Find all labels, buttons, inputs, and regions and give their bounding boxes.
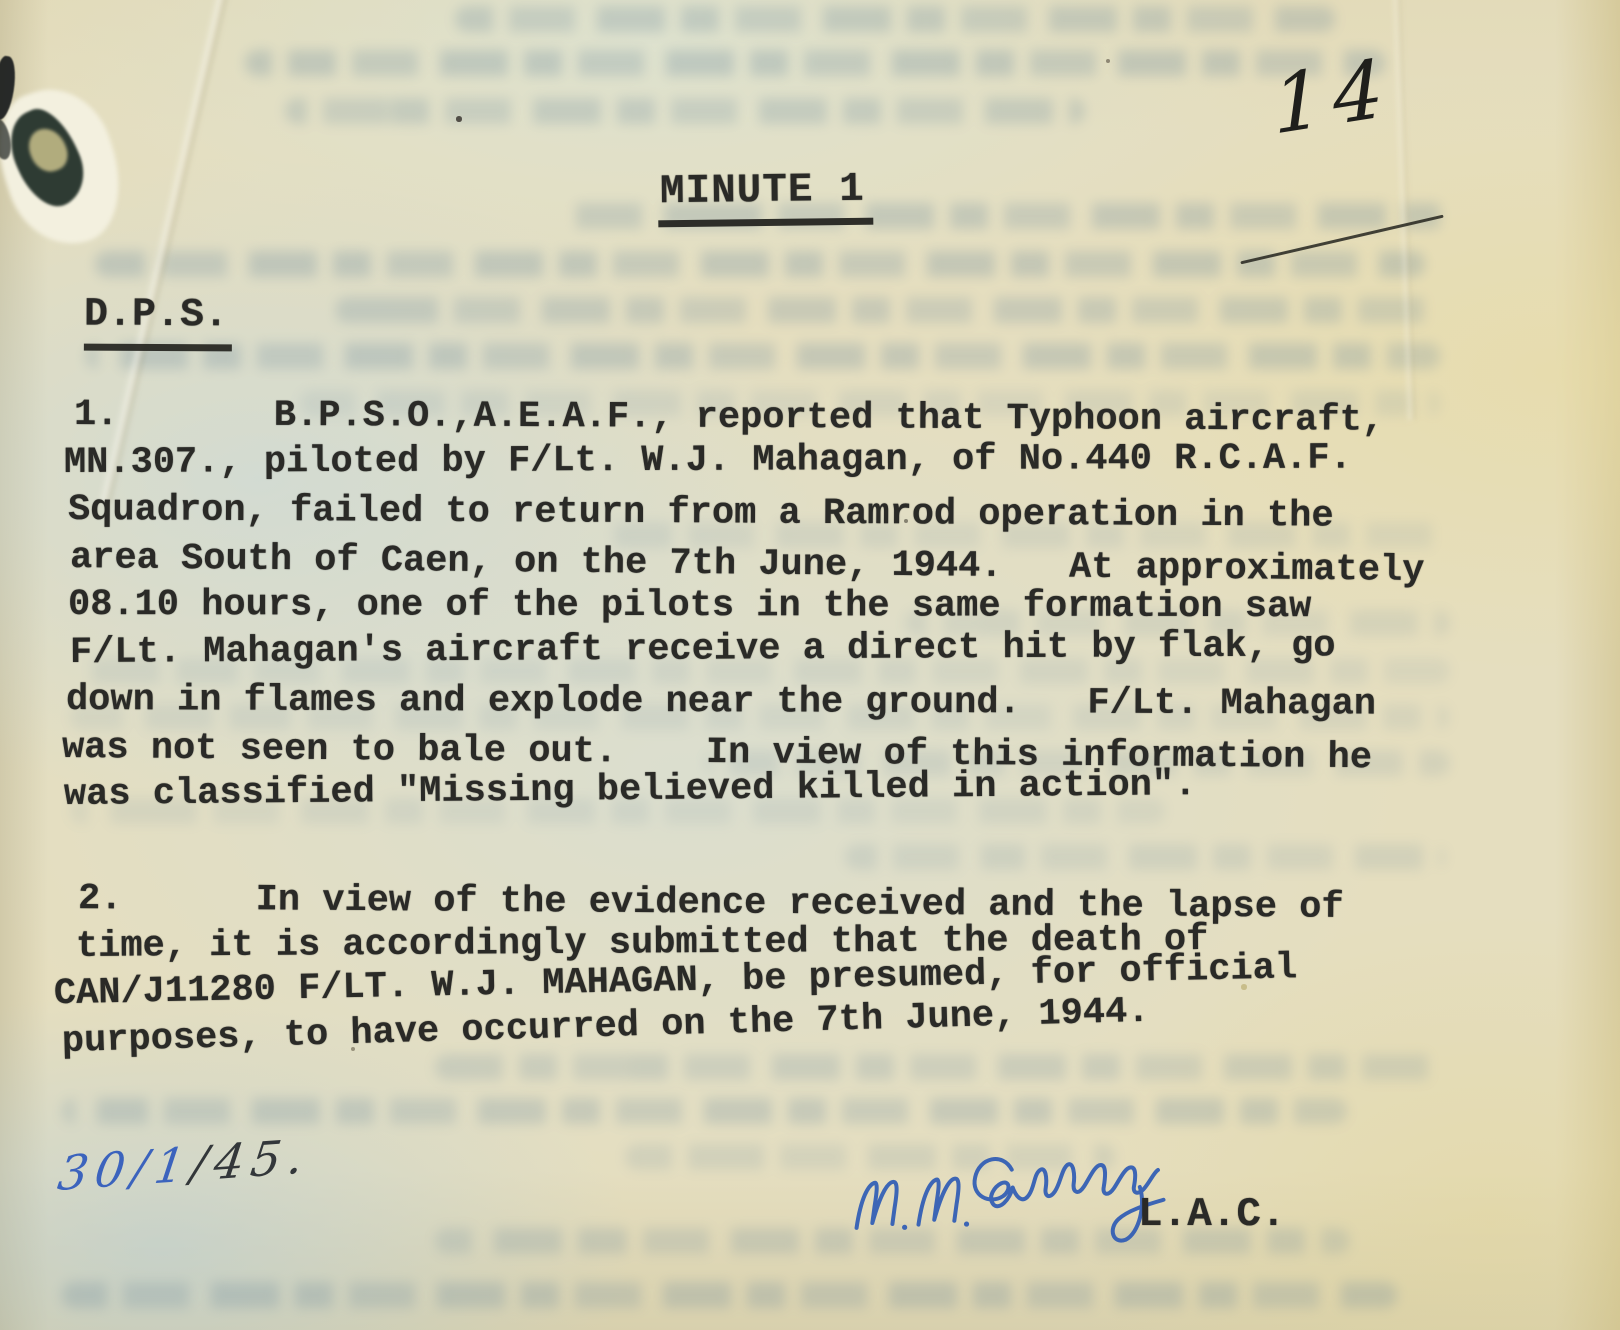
bleedthrough-smudge [95,251,1425,277]
bleedthrough-smudge [62,1282,1397,1308]
document-page: 14 MINUTE 1 D.P.S. 1. B.P.S.O.,A.E.A.F.,… [0,0,1620,1330]
typed-line: F/Lt. Mahagan's aircraft receive a direc… [70,624,1590,679]
date-dark-ink: /45. [188,1129,314,1193]
minute-title: MINUTE 1 [658,167,874,228]
bleedthrough-smudge [245,50,1385,76]
handwritten-page-number: 14 [1270,40,1395,152]
bleedthrough-smudge [285,98,1085,124]
bleedthrough-smudge [455,6,1335,32]
typed-line: down in flames and explode near the grou… [66,679,1586,732]
typed-line: Squadron, failed to return from a Ramrod… [68,489,1588,544]
signature-mm-goldberg [842,1120,1170,1307]
date-blue-ink: 30/1 [54,1137,195,1202]
section-heading: D.P.S. [84,293,232,352]
typed-line: MN.307., piloted by F/Lt. W.J. Mahagan, … [64,436,1584,489]
signer-rank: L.A.C. [1138,1192,1286,1238]
paper-specks [0,0,2,2]
bleedthrough-smudge [335,297,1445,323]
bleedthrough-smudge [845,844,1445,870]
paragraph-2: 2. In view of the evidence received and … [68,878,1588,1068]
bleedthrough-smudge [85,343,1440,369]
paragraph-1: 1. B.P.S.O.,A.E.A.F., reported that Typh… [68,394,1588,822]
